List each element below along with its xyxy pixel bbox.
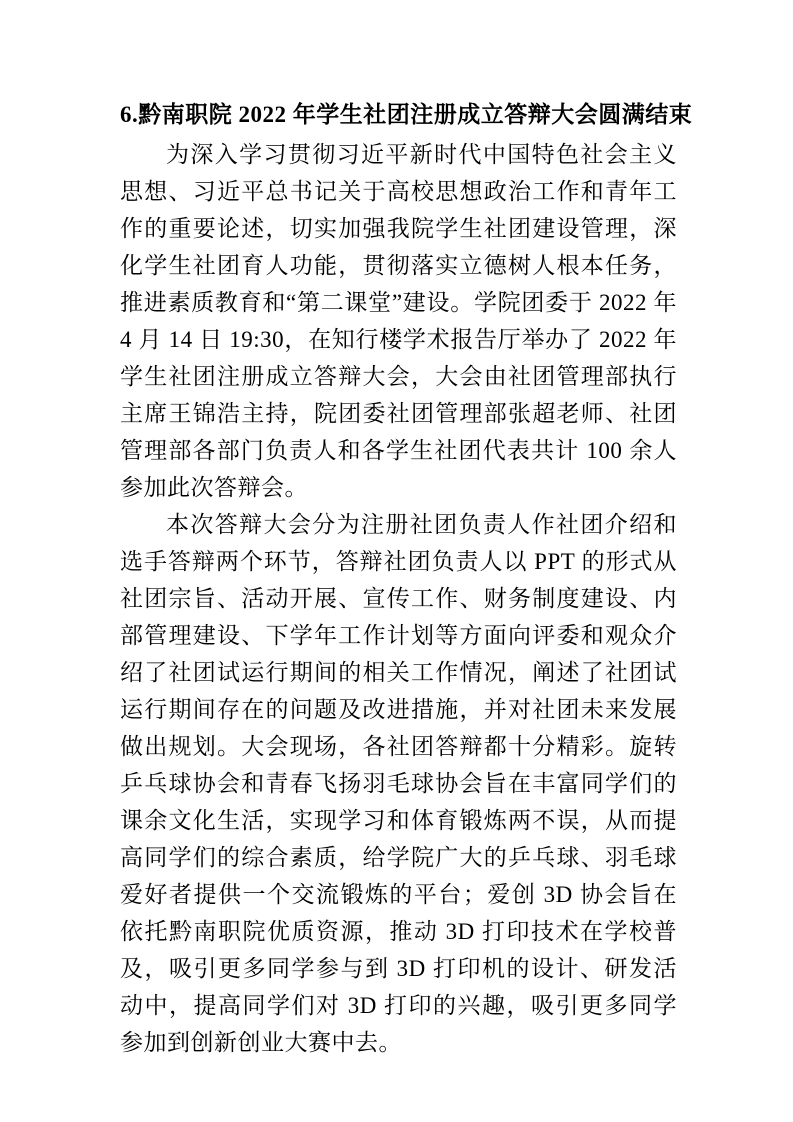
- body-paragraph-1: 为深入学习贯彻习近平新时代中国特色社会主义思想、习近平总书记关于高校思想政治工作…: [120, 136, 677, 506]
- body-paragraph-2: 本次答辩大会分为注册社团负责人作社团介绍和选手答辩两个环节，答辩社团负责人以 P…: [120, 506, 677, 1061]
- section-heading: 6.黔南职院 2022 年学生社团注册成立答辩大会圆满结束: [120, 100, 677, 130]
- document-content: 6.黔南职院 2022 年学生社团注册成立答辩大会圆满结束 为深入学习贯彻习近平…: [120, 100, 677, 1061]
- document-page: 6.黔南职院 2022 年学生社团注册成立答辩大会圆满结束 为深入学习贯彻习近平…: [0, 0, 793, 1122]
